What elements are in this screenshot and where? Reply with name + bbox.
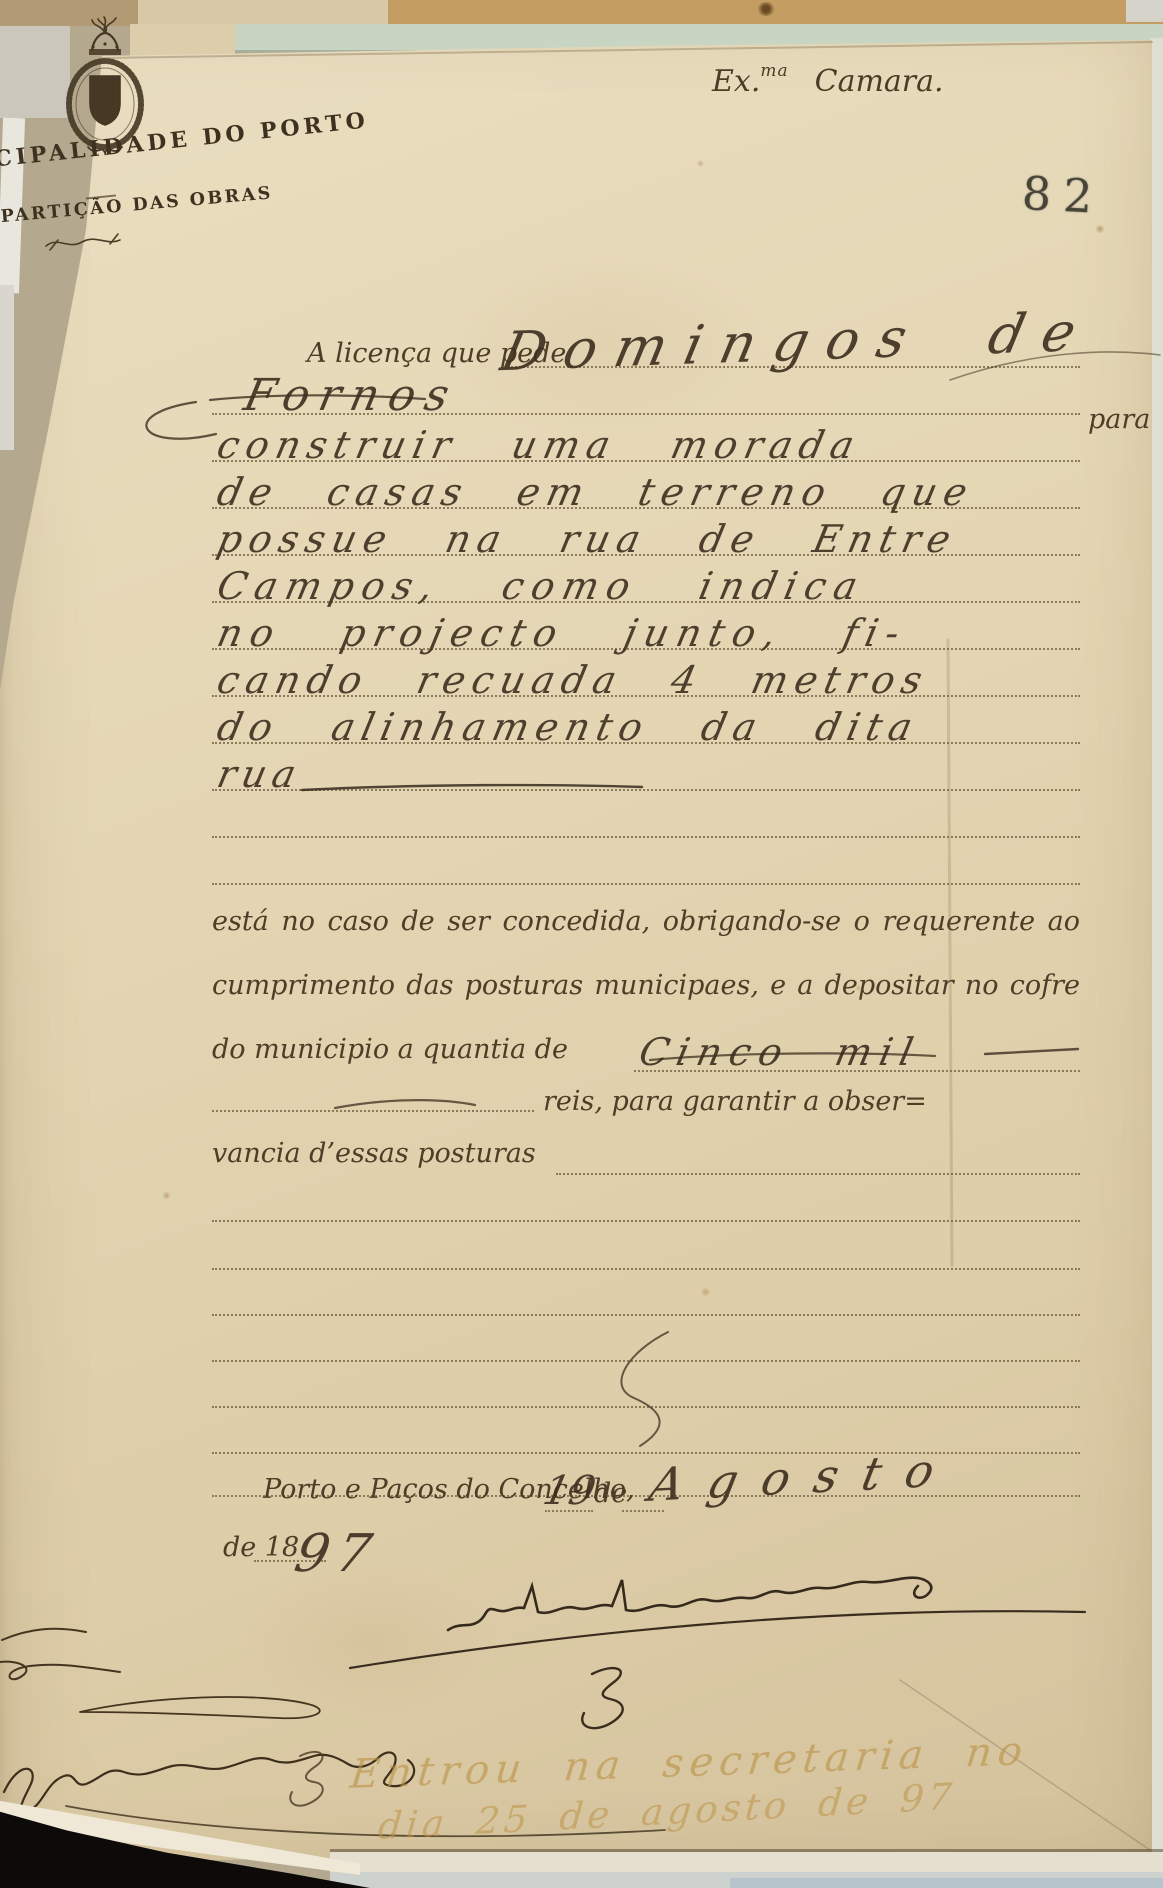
top-right-corner-paper [1126,0,1163,22]
foxing-spot [162,1192,171,1199]
ruled-line [212,883,1080,885]
ruled-line [212,1220,1080,1222]
handwritten-request-line: rua [213,752,306,796]
handwritten-request-line: construir uma morada [213,423,865,467]
ruled-line [212,1314,1080,1316]
salutation-abbr: Ex. [712,64,760,99]
decision-text-line2: cumprimento das posturas municipaes, e a… [212,970,1080,1001]
dateline-year-label: de 18 [223,1532,299,1563]
ruled-line [212,836,1080,838]
ruled-line [212,1406,1080,1408]
foxing-spot [700,1288,711,1296]
ruled-line [212,789,1080,791]
soft-stain [240,1560,500,1720]
decision-text-line1: está no caso de ser concedida, obrigando… [212,906,1080,937]
handwritten-request-line: do alinhamento da dita [213,705,923,749]
handwritten-amount: Cinco mil [635,1030,925,1074]
handwritten-day: 19 [539,1468,600,1514]
bottom-page-edge-3 [730,1878,1163,1888]
bottom-page-edge-1 [330,1852,1163,1872]
ink-speck [757,2,775,16]
scanned-document: MUNICIPALIDADE DO PORTO REPARTIÇÃO DAS O… [0,0,1163,1888]
left-white-edge-2 [0,285,14,450]
top-edge-mid-segment [138,0,388,26]
dateline-of-label: de [594,1478,627,1509]
page-number-stamp: 82 [1021,166,1106,224]
form-para-label: para [1088,404,1150,435]
handwritten-request-line: cando recuada 4 metros [213,658,933,702]
handwritten-applicant-name-2: Fornos [240,370,464,421]
ruled-line [212,1110,534,1112]
handwritten-request-line: de casas em terreno que [213,470,978,514]
letterhead-flourish [44,230,124,260]
salutation-superscript: ma [760,61,788,81]
ruled-line [212,1360,1080,1362]
decision-text-line3: do municipio a quantia de [212,1034,568,1065]
decision-text-line5: vancia d’essas posturas [212,1138,536,1169]
decision-text-line4: reis, para garantir a obser= [543,1086,927,1117]
handwritten-request-line: possue na rua de Entre [213,517,961,561]
handwritten-request-line: Campos, como indica [213,564,869,608]
ruled-line [212,1268,1080,1270]
handwritten-year: 97 [290,1524,385,1584]
handwritten-request-line: no projecto junto, fi- [213,611,911,655]
salutation: Ex.maCamara. [712,64,944,99]
foxing-spot [697,160,704,167]
salutation-word: Camara. [815,64,944,99]
foxing-spot [1095,225,1105,233]
ruled-line [556,1173,1080,1175]
